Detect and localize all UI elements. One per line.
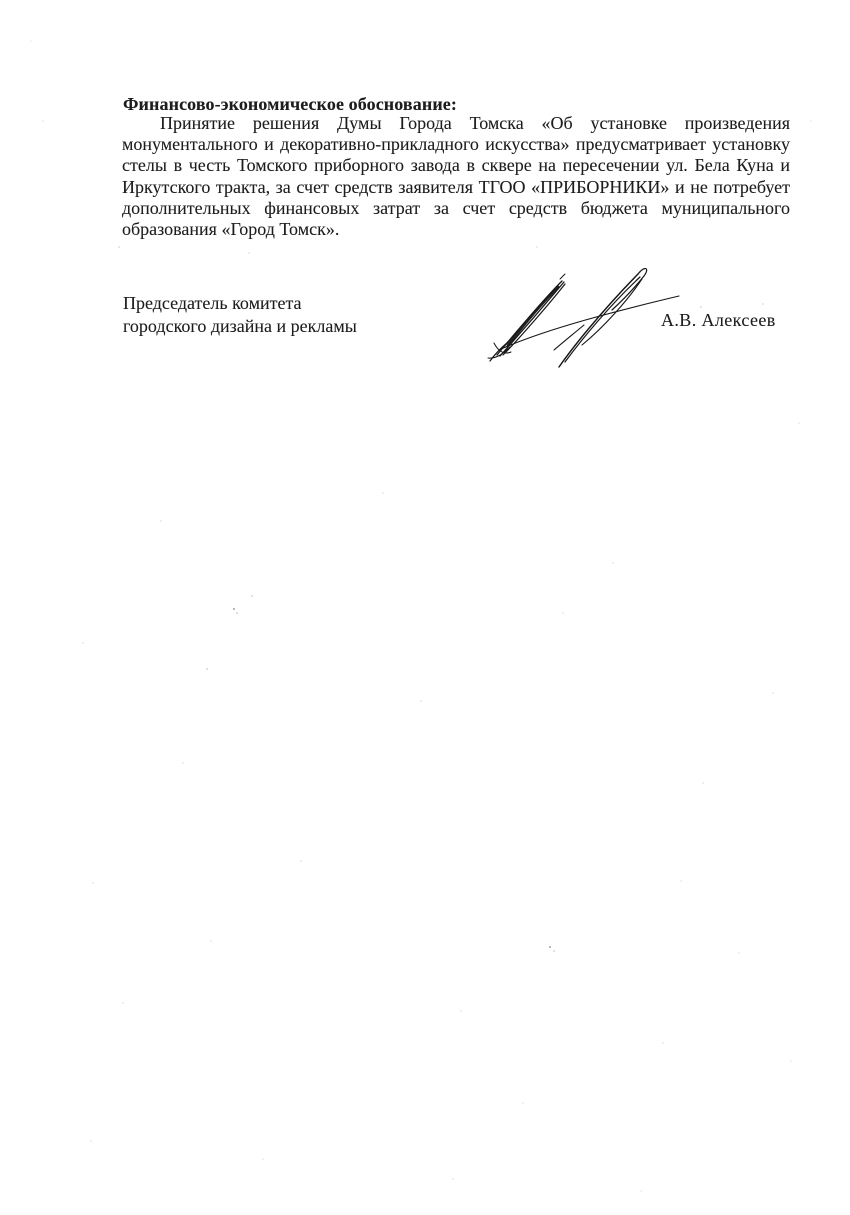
signer-name: А.В. Алексеев: [661, 310, 776, 331]
paragraph-line: Принятие решения Думы Города Томска «Об …: [122, 113, 790, 134]
signer-role-line-2: городского дизайна и рекламы: [123, 315, 357, 338]
handwritten-signature: [470, 255, 680, 375]
section-heading: Финансово-экономическое обоснование:: [123, 94, 457, 115]
signer-role-line-1: Председатель комитета: [123, 292, 357, 315]
body-paragraph: Принятие решения Думы Города Томска «Об …: [122, 113, 790, 240]
document-page: Финансово-экономическое обоснование: При…: [0, 0, 850, 1215]
paragraph-line: образования «Город Томск».: [122, 219, 790, 240]
signer-role: Председатель комитета городского дизайна…: [123, 292, 357, 337]
paragraph-line: дополнительных финансовых затрат за счет…: [122, 198, 790, 219]
paragraph-line: Иркутского тракта, за счет средств заяви…: [122, 177, 790, 198]
paragraph-line: монументального и декоративно-прикладног…: [122, 134, 790, 155]
scan-noise: [0, 0, 2, 2]
paragraph-line: стелы в честь Томского приборного завода…: [122, 155, 790, 176]
